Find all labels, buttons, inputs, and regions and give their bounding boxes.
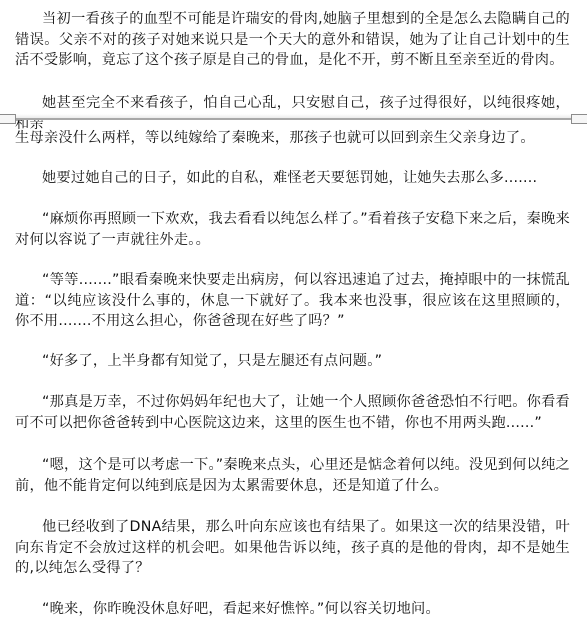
paragraph-3: 她要过她自己的日子，如此的自私，难怪老天要惩罚她，让她失去那么多....... xyxy=(15,168,570,189)
page-break-right-handle[interactable] xyxy=(571,114,587,124)
page-break-separator[interactable] xyxy=(0,114,587,124)
paragraph-1: 当初一看孩子的血型不可能是许瑞安的骨肉,她脑子里想到的全是怎么去隐瞒自己的错误。… xyxy=(15,9,570,71)
paragraph-6: “好多了，上半身都有知觉了，只是左腿还有点问题。” xyxy=(15,351,570,372)
paragraph-8: “嗯，这个是可以考虑一下。”秦晚来点头，心里还是惦念着何以纯。没见到何以纯之前，… xyxy=(15,455,570,496)
paragraph-2-line-2: 生母亲没什么两样，等以纯嫁给了秦晚来，那孩子也就可以回到亲生父亲身边了。 xyxy=(15,130,535,146)
paragraph-10: “晚来，你昨晚没休息好吧，看起来好憔悴。”何以容关切地问。 xyxy=(15,599,570,620)
paragraph-7: “那真是万幸，不过你妈妈年纪也大了，让她一个人照顾你爸爸恐怕不行吧。你看看可不可… xyxy=(15,392,570,433)
paragraph-9: 他已经收到了DNA结果，那么叶向东应该也有结果了。如果这一次的结果没错，叶向东肯… xyxy=(15,517,570,579)
page-break-left-handle[interactable] xyxy=(0,114,16,124)
paragraph-4: “麻烦你再照顾一下欢欢，我去看看以纯怎么样了。”看着孩子安稳下来之后，秦晚来对何… xyxy=(15,209,570,250)
paragraph-5: “等等.......”眼看秦晚来快要走出病房，何以容迅速追了过去，掩掉眼中的一抹… xyxy=(15,270,570,332)
paragraph-2-part-2: 生母亲没什么两样，等以纯嫁给了秦晚来，那孩子也就可以回到亲生父亲身边了。 xyxy=(15,128,570,149)
page-break-line xyxy=(0,118,587,120)
